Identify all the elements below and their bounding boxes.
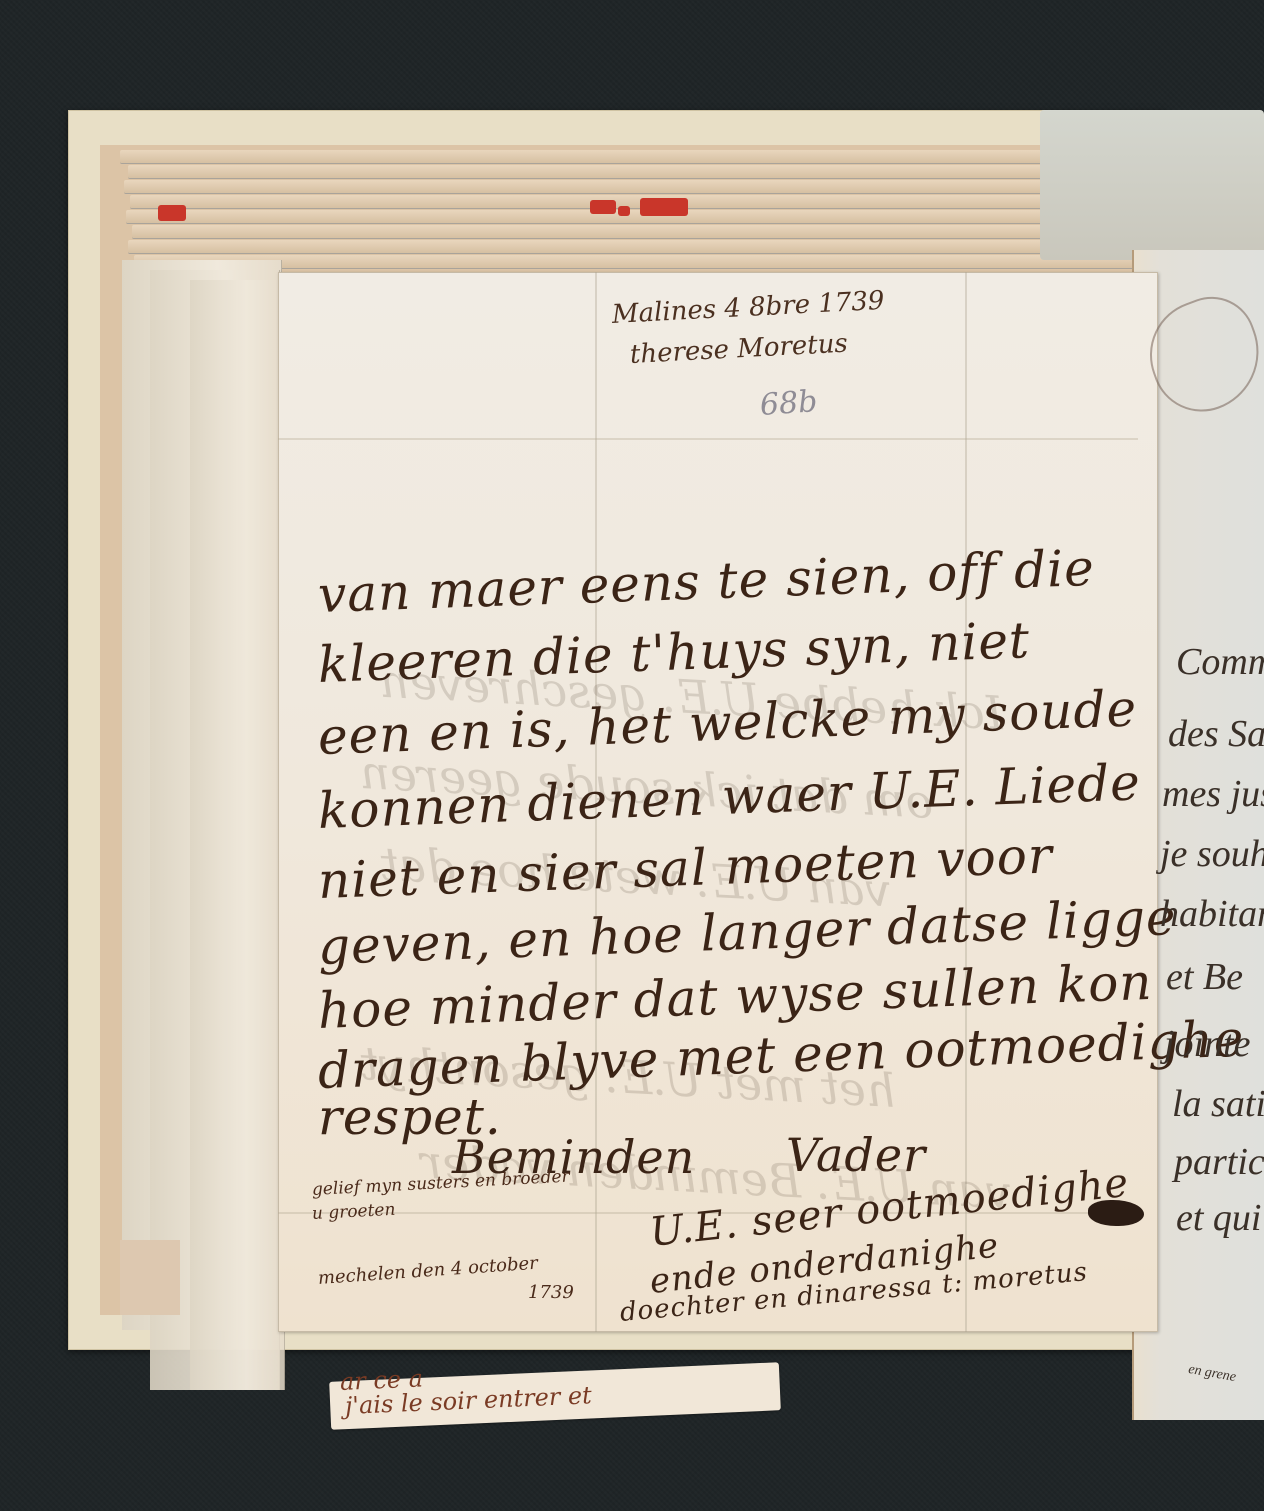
stacked-pages-left — [190, 280, 285, 1390]
french-text-line: Comme — [1176, 640, 1264, 684]
page-edge — [120, 150, 1180, 164]
french-text-line: des Sai — [1168, 712, 1264, 756]
french-text-line: jointe — [1164, 1022, 1251, 1066]
salutation-vader: Vader — [786, 1128, 926, 1182]
french-text-line: particu — [1174, 1140, 1264, 1184]
ink-blot — [1088, 1200, 1144, 1226]
french-text-line: la sati — [1172, 1082, 1264, 1126]
wax-seal-fragment — [158, 205, 186, 221]
page-edge — [128, 240, 1188, 254]
place-date-line2: 1739 — [528, 1282, 574, 1303]
page-edge — [124, 180, 1184, 194]
folio-number: 68b — [759, 384, 819, 423]
stacked-pages-right — [1040, 110, 1264, 260]
page-edge — [134, 255, 1134, 269]
fold-crease — [278, 438, 1138, 440]
french-text-line: et Be — [1166, 955, 1243, 999]
french-text-line: habitan — [1160, 892, 1264, 936]
wax-seal-fragment — [640, 198, 688, 216]
page-edge — [128, 165, 1188, 179]
french-text-line: je souha — [1160, 832, 1264, 876]
wax-seal-fragment — [618, 206, 630, 216]
wax-seal-fragment — [590, 200, 616, 214]
french-text-line: et qui — [1176, 1196, 1261, 1240]
folder-corner — [120, 1240, 180, 1315]
page-edge — [132, 225, 1192, 239]
french-text-line: mes jus — [1162, 772, 1264, 816]
